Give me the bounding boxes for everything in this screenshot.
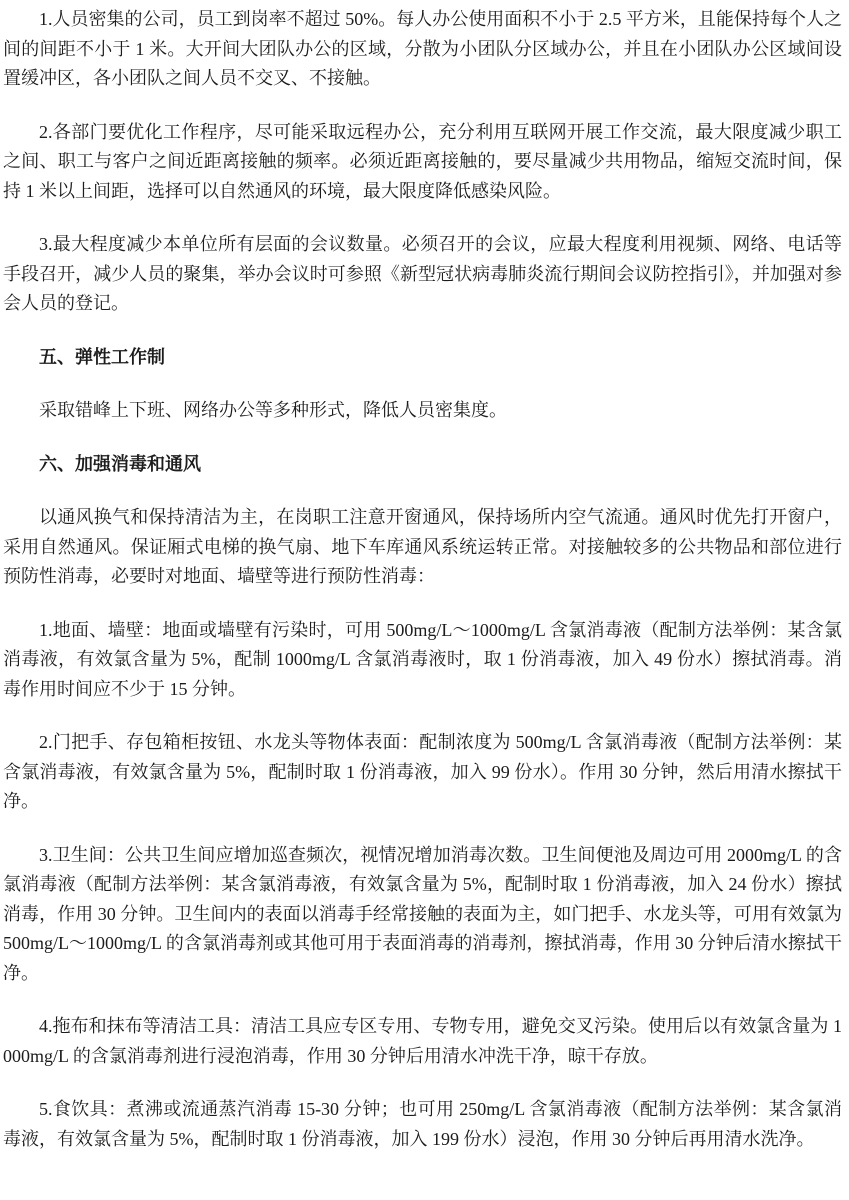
- paragraph-restrooms: 3.卫生间：公共卫生间应增加巡查频次，视情况增加消毒次数。卫生间便池及周边可用 …: [3, 841, 842, 989]
- section-heading-flexible-work: 五、弹性工作制: [3, 343, 842, 373]
- paragraph-door-handles: 2.门把手、存包箱柜按钮、水龙头等物体表面：配制浓度为 500mg/L 含氯消毒…: [3, 728, 842, 817]
- paragraph-meetings-rule: 3.最大程度减少本单位所有层面的会议数量。必须召开的会议，应最大程度利用视频、网…: [3, 230, 842, 319]
- paragraph-remote-work-rule: 2.各部门要优化工作程序，尽可能采取远程办公，充分利用互联网开展工作交流，最大限…: [3, 118, 842, 207]
- paragraph-floor-walls: 1.地面、墙壁：地面或墙壁有污染时，可用 500mg/L～1000mg/L 含氯…: [3, 616, 842, 705]
- paragraph-ventilation-intro: 以通风换气和保持清洁为主，在岗职工注意开窗通风，保持场所内空气流通。通风时优先打…: [3, 503, 842, 592]
- paragraph-flexible-work: 采取错峰上下班、网络办公等多种形式，降低人员密集度。: [3, 396, 842, 426]
- paragraph-cleaning-tools: 4.拖布和抹布等清洁工具：清洁工具应专区专用、专物专用，避免交叉污染。使用后以有…: [3, 1012, 842, 1071]
- section-heading-disinfection-ventilation: 六、加强消毒和通风: [3, 450, 842, 480]
- document-page: 1.人员密集的公司，员工到岗率不超过 50%。每人办公使用面积不小于 2.5 平…: [0, 0, 849, 1200]
- paragraph-density-rule: 1.人员密集的公司，员工到岗率不超过 50%。每人办公使用面积不小于 2.5 平…: [3, 5, 842, 94]
- paragraph-tableware: 5.食饮具：煮沸或流通蒸汽消毒 15-30 分钟；也可用 250mg/L 含氯消…: [3, 1095, 842, 1154]
